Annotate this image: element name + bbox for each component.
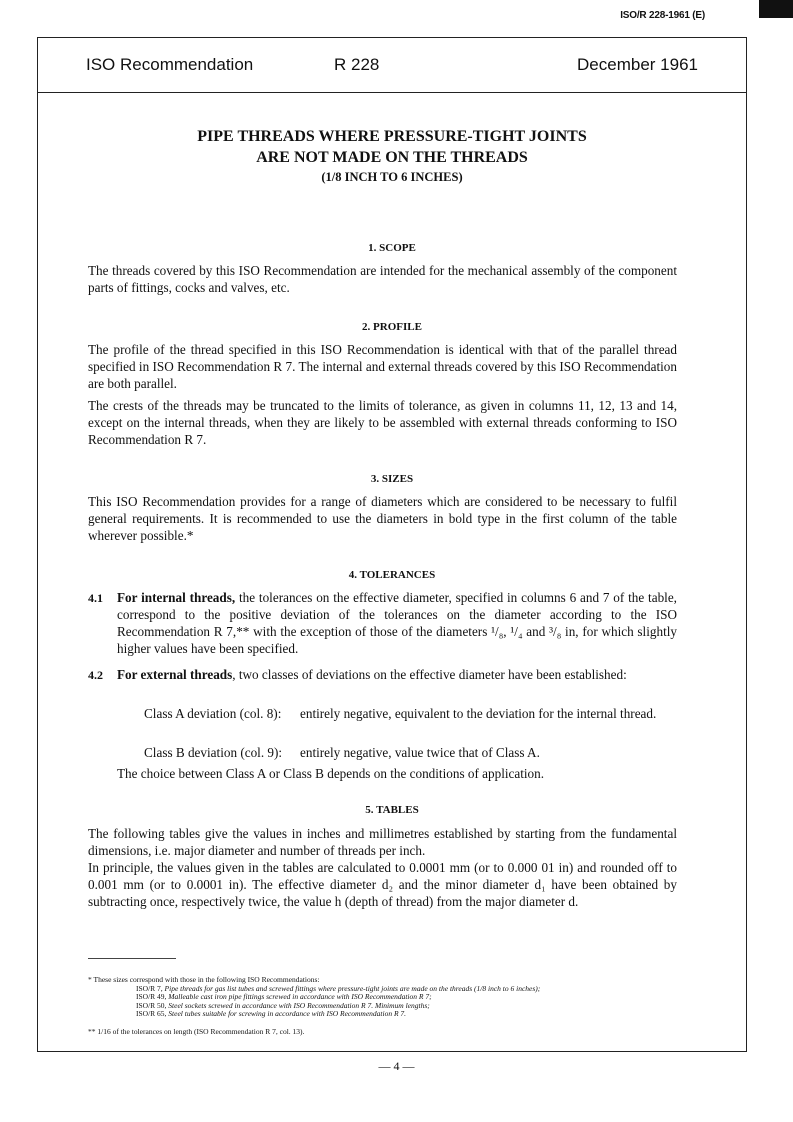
title-subtitle: (1/8 INCH TO 6 INCHES) xyxy=(38,168,746,186)
profile-paragraph-1: The profile of the thread specified in t… xyxy=(88,341,677,392)
section-tolerances-heading: 4. TOLERANCES xyxy=(38,569,746,581)
footnote-star: * These sizes correspond with those in t… xyxy=(88,976,540,1019)
clause-4-2-number: 4.2 xyxy=(88,668,103,683)
page-frame: ISO Recommendation R 228 December 1961 P… xyxy=(37,37,747,1052)
footnote-double-star: ** 1/16 of the tolerances on length (ISO… xyxy=(88,1028,304,1037)
class-a-description: entirely negative, equivalent to the dev… xyxy=(300,705,678,722)
class-b-label: Class B deviation (col. 9): xyxy=(144,744,282,761)
section-sizes-heading: 3. SIZES xyxy=(38,473,746,485)
class-a-label: Class A deviation (col. 8): xyxy=(144,705,281,722)
clause-4-1-bold: For internal threads, xyxy=(117,590,235,605)
clause-4-1-number: 4.1 xyxy=(88,591,103,606)
header-org: ISO Recommendation xyxy=(86,55,253,75)
document-code: ISO/R 228-1961 (E) xyxy=(620,10,705,21)
footnote-divider xyxy=(88,958,176,959)
header-date: December 1961 xyxy=(577,55,698,75)
profile-paragraph-2: The crests of the threads may be truncat… xyxy=(88,397,677,448)
footnote-ref: ISO/R 65, Steel tubes suitable for screw… xyxy=(88,1010,540,1019)
header-number: R 228 xyxy=(334,55,379,75)
document-title: PIPE THREADS WHERE PRESSURE-TIGHT JOINTS… xyxy=(38,126,746,186)
title-line-1: PIPE THREADS WHERE PRESSURE-TIGHT JOINTS xyxy=(38,126,746,147)
section-tables-heading: 5. TABLES xyxy=(38,804,746,816)
scope-text: The threads covered by this ISO Recommen… xyxy=(88,262,677,296)
title-line-2: ARE NOT MADE ON THE THREADS xyxy=(38,147,746,168)
recommendation-header: ISO Recommendation R 228 December 1961 xyxy=(38,38,746,93)
section-profile-heading: 2. PROFILE xyxy=(38,321,746,333)
clause-4-1-text: For internal threads, the tolerances on … xyxy=(117,589,677,657)
class-b-description: entirely negative, value twice that of C… xyxy=(300,744,678,761)
section-scope-heading: 1. SCOPE xyxy=(38,242,746,254)
scan-corner-mark xyxy=(759,0,793,18)
page-number: — 4 — xyxy=(0,1059,793,1074)
tables-paragraph-2: In principle, the values given in the ta… xyxy=(88,859,677,910)
sizes-text: This ISO Recommendation provides for a r… xyxy=(88,493,677,544)
clause-4-2-body: , two classes of deviations on the effec… xyxy=(232,667,627,682)
class-choice-text: The choice between Class A or Class B de… xyxy=(117,765,677,782)
clause-4-2-bold: For external threads xyxy=(117,667,232,682)
tables-paragraph-1: The following tables give the values in … xyxy=(88,825,677,859)
clause-4-2-text: For external threads, two classes of dev… xyxy=(117,666,677,683)
